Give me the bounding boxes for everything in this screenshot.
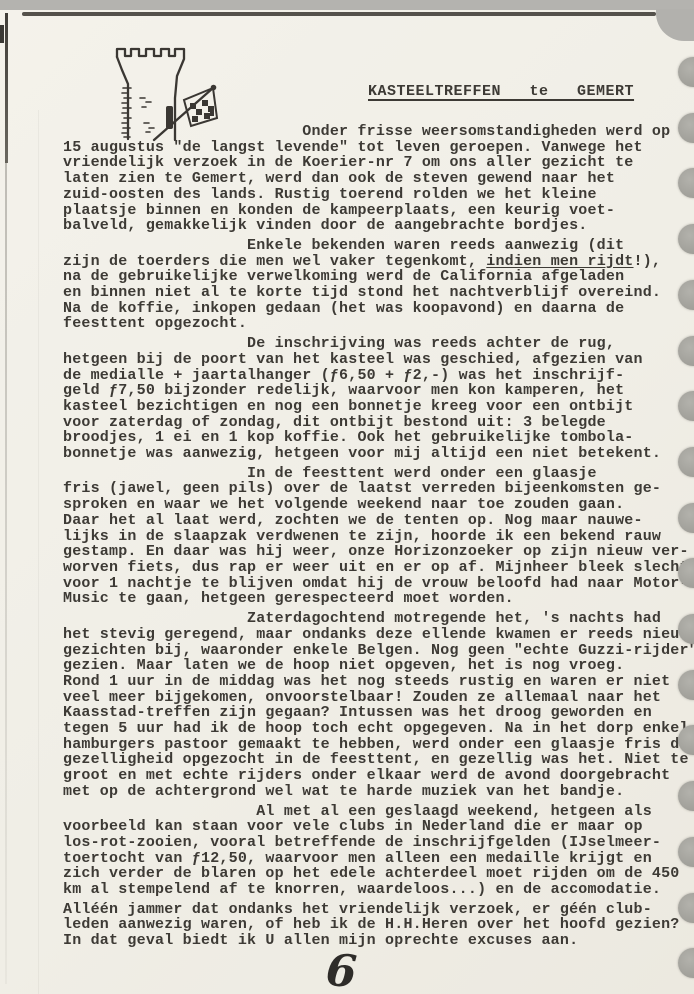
text-line: sproken en waar we het volgende weekend …	[63, 497, 694, 513]
text-line: gezelligheid opgezocht in de feesttent, …	[63, 752, 694, 768]
text-line: gezien. Maar laten we de hoop niet opgev…	[63, 658, 694, 674]
text-line: In de feesttent werd onder een glaasje	[63, 466, 694, 482]
paragraph: In de feesttent werd onder een glaasjefr…	[63, 466, 694, 607]
text-line: het stevig geregend, maar ondanks deze e…	[63, 627, 694, 643]
page-left-edge-line	[5, 13, 8, 163]
text-line: zuid-oosten des lands. Rustig toerend ro…	[63, 187, 694, 203]
text-line: 15 augustus "de langst levende" tot leve…	[63, 140, 694, 156]
text-line: km al stempelend af te knorren, waardelo…	[63, 882, 694, 898]
text-line: Alléén jammer dat ondanks het vriendelij…	[63, 902, 694, 918]
text-line: zich verder de blaren op het edele achte…	[63, 866, 694, 882]
page-number: 6	[324, 945, 358, 994]
paragraph: Al met al een geslaagd weekend, hetgeen …	[63, 804, 694, 898]
text-line: veel meer bijgekomen, onvoorstelbaar! Zo…	[63, 690, 694, 706]
text-line: Al met al een geslaagd weekend, hetgeen …	[63, 804, 694, 820]
page-corner-shadow	[656, 9, 694, 41]
text-line: zijn de toerders die men wel vaker tegen…	[63, 254, 694, 270]
page-crease	[38, 110, 39, 994]
text-line: kasteel bezichtigen en nog een bonnetje …	[63, 399, 694, 415]
underlined-text: indien men rijdt	[486, 253, 633, 270]
text-line: Music te gaan, hetgeen gerespecteerd moe…	[63, 591, 694, 607]
text-line: gezichten bij, waaronder enkele Belgen. …	[63, 643, 694, 659]
text-line: Zaterdagochtend motregende het, 's nacht…	[63, 611, 694, 627]
paragraph: Enkele bekenden waren reeds aanwezig (di…	[63, 238, 694, 332]
scan-top-edge-band	[0, 0, 694, 10]
paragraph: Alléén jammer dat ondanks het vriendelij…	[63, 902, 694, 949]
text-line: voor 1 nachtje te blijven omdat hij de v…	[63, 576, 694, 592]
text-line: groot en met echte rijders onder elkaar …	[63, 768, 694, 784]
page-title: KASTEELTREFFEN te GEMERT	[368, 83, 634, 100]
text-line: gestamp. En daar was hij weer, onze Hori…	[63, 544, 694, 560]
paragraph: De inschrijving was reeds achter de rug,…	[63, 336, 694, 462]
text-line: broodjes, 1 ei en 1 kop koffie. Ook het …	[63, 430, 694, 446]
text-line: en binnen niet al te korte tijd stond he…	[63, 285, 694, 301]
text-line: toertocht van ƒ12,50, waarvoor men allee…	[63, 851, 694, 867]
text-line: lijks in de slaapzak verdwenen te zijn, …	[63, 529, 694, 545]
text-line: voor zaterdag of zondag, dit ontbijt bes…	[63, 415, 694, 431]
punch-hole	[678, 57, 694, 87]
text-line: bonnetje was aanwezig, hetgeen voor mij …	[63, 446, 694, 462]
punch-hole	[678, 948, 694, 978]
text-line: De inschrijving was reeds achter de rug,	[63, 336, 694, 352]
scanned-page: { "page": { "title": "KASTEELTREFFEN te …	[0, 0, 694, 994]
text-line: los-rot-zooien, vooral betreffende de in…	[63, 835, 694, 851]
paragraph: Zaterdagochtend motregende het, 's nacht…	[63, 611, 694, 799]
page-top-edge-line	[22, 12, 656, 16]
text-line: Na de koffie, inkopen gedaan (het was ko…	[63, 301, 694, 317]
text-line: Onder frisse weersomstandigheden werd op	[63, 124, 694, 140]
text-line: balveld, gemakkelijk vinden door de aang…	[63, 218, 694, 234]
text-line: In dat geval biedt ik U allen mijn oprec…	[63, 933, 694, 949]
text-line: Rond 1 uur in de middag was het nog stee…	[63, 674, 694, 690]
text-line: Daar het al laat werd, zochten we de ten…	[63, 513, 694, 529]
text-line: plaatsje binnen en konden de kampeerplaa…	[63, 203, 694, 219]
text-line: feesttent opgezocht.	[63, 316, 694, 332]
text-line: leden aanwezig waren, of heb ik de H.H.H…	[63, 917, 694, 933]
page-left-edge-mark	[0, 25, 4, 43]
text-line: laten zien te Gemert, werd dan ook de st…	[63, 171, 694, 187]
text-line: hamburgers pastoor gemaakt te hebben, we…	[63, 737, 694, 753]
text-line: de medialle + jaartalhanger (ƒ6,50 + ƒ2,…	[63, 368, 694, 384]
text-line: hetgeen bij de poort van het kasteel was…	[63, 352, 694, 368]
text-line: worven fiets, dus rap er weer uit en er …	[63, 560, 694, 576]
page-left-edge-line-faint	[5, 160, 7, 984]
text-line: Enkele bekenden waren reeds aanwezig (di…	[63, 238, 694, 254]
paragraph: Onder frisse weersomstandigheden werd op…	[63, 124, 694, 234]
text-line: fris (jawel, geen pils) over de laatst v…	[63, 481, 694, 497]
text-line: geld ƒ7,50 bijzonder redelijk, waarvoor …	[63, 383, 694, 399]
text-line: voorbeeld kan staan voor vele clubs in N…	[63, 819, 694, 835]
text-line: tegen 5 uur had ik de hoop toch echt opg…	[63, 721, 694, 737]
body-text: Onder frisse weersomstandigheden werd op…	[63, 124, 694, 949]
text-line: na de gebruikelijke verwelkoming werd de…	[63, 269, 694, 285]
text-line: met op de achtergrond wel wat te harde m…	[63, 784, 694, 800]
text-line: Kaasstad-treffen zijn gegaan? Intussen w…	[63, 705, 694, 721]
text-line: vriendelijk verzoek in de Koerier-nr 7 o…	[63, 155, 694, 171]
